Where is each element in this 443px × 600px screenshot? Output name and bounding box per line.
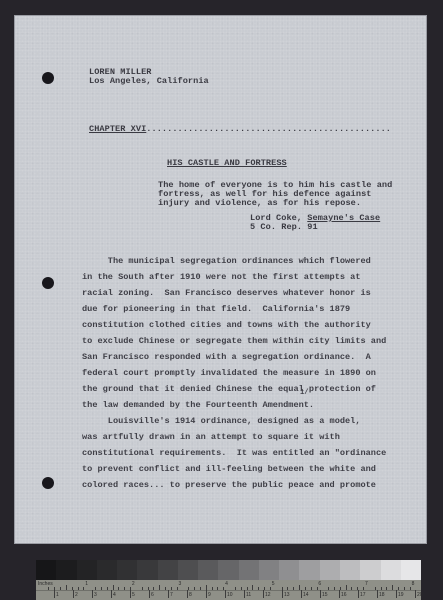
cm-label: 13: [284, 592, 290, 598]
cm-label: 16: [341, 592, 347, 598]
inch-label: 8: [412, 581, 415, 587]
body-line: the law demanded by the Fourteenth Amend…: [82, 400, 314, 410]
chapter-title: HIS CASTLE AND FORTRESS: [167, 158, 287, 168]
gray-step: [36, 560, 56, 580]
body-line: colored races... to preserve the public …: [82, 480, 376, 490]
inch-label: 7: [365, 581, 368, 587]
ruler-tick: [73, 590, 74, 598]
author-location: Los Angeles, California: [89, 76, 209, 86]
cm-label: 6: [151, 592, 154, 598]
ruler-tick: [225, 590, 226, 598]
ruler-tick: [54, 590, 55, 598]
ruler-tick: [244, 590, 245, 598]
cm-label: 2: [75, 592, 78, 598]
punch-hole-bottom-icon: [42, 477, 54, 489]
cm-label: 14: [303, 592, 309, 598]
cm-label: 18: [379, 592, 385, 598]
gray-step: [279, 560, 299, 580]
measurement-ruler: Inches 12345678 123456789101112131415161…: [36, 580, 421, 600]
gray-step: [77, 560, 97, 580]
ruler-tick: [339, 590, 340, 598]
gray-step: [56, 560, 76, 580]
chapter-label: CHAPTER XVI: [89, 124, 146, 134]
ruler-tick: [320, 590, 321, 598]
inch-label: 3: [178, 581, 181, 587]
epigraph-line: injury and violence, as for his repose.: [158, 198, 361, 208]
ruler-tick: [415, 590, 416, 598]
gray-step: [198, 560, 218, 580]
ruler-tick: [377, 590, 378, 598]
gray-step: [299, 560, 319, 580]
body-line: was artfully drawn in an attempt to squa…: [82, 432, 340, 442]
grayscale-strip: [36, 560, 421, 580]
cm-label: 8: [189, 592, 192, 598]
gray-step: [259, 560, 279, 580]
gray-step: [178, 560, 198, 580]
inch-label: 6: [318, 581, 321, 587]
ruler-tick: [358, 590, 359, 598]
chapter-leader-dots: ........................................…: [146, 124, 391, 134]
body-line: federal court promptly invalidated the m…: [82, 368, 376, 378]
gray-step: [137, 560, 157, 580]
gray-step: [97, 560, 117, 580]
body-line: in the South after 1910 were not the fir…: [82, 272, 360, 282]
inch-label: 4: [225, 581, 228, 587]
cm-label: 1: [56, 592, 59, 598]
attribution-case: Semayne's Case: [307, 213, 380, 223]
body-line: constitutional requirements. It was enti…: [82, 448, 386, 458]
body-line: Louisville's 1914 ordinance, designed as…: [82, 416, 360, 426]
gray-step: [340, 560, 360, 580]
ruler-tick: [168, 590, 169, 598]
chapter-heading: CHAPTER XVI.............................…: [89, 124, 391, 134]
ruler-tick: [206, 590, 207, 598]
cm-scale: 1234567891011121314151617181920: [36, 590, 421, 600]
cm-label: 7: [170, 592, 173, 598]
cm-label: 11: [246, 592, 251, 598]
ruler-tick: [301, 590, 302, 598]
gray-step: [239, 560, 259, 580]
cm-label: 10: [227, 592, 233, 598]
cm-label: 17: [360, 592, 366, 598]
ruler-tick: [111, 590, 112, 598]
inch-label: 1: [85, 581, 88, 587]
body-line: The municipal segregation ordinances whi…: [82, 256, 371, 266]
cm-label: 4: [113, 592, 116, 598]
cm-label: 19: [398, 592, 404, 598]
ruler-tick: [263, 590, 264, 598]
inch-label: 5: [272, 581, 275, 587]
footnote-marker: 1/: [300, 389, 308, 397]
ruler-tick: [149, 590, 150, 598]
punch-hole-middle-icon: [42, 277, 54, 289]
gray-step: [117, 560, 137, 580]
ruler-tick: [187, 590, 188, 598]
ruler-tick: [396, 590, 397, 598]
gray-step: [158, 560, 178, 580]
body-line: to prevent conflict and ill-feeling betw…: [82, 464, 376, 474]
cm-label: 3: [94, 592, 97, 598]
gray-step: [381, 560, 401, 580]
attribution-citation: 5 Co. Rep. 91: [250, 222, 318, 232]
inch-label: 2: [132, 581, 135, 587]
gray-step: [320, 560, 340, 580]
body-line: constitution clothed cities and towns wi…: [82, 320, 371, 330]
cm-label: 12: [265, 592, 271, 598]
body-line: the ground that it denied Chinese the eq…: [82, 384, 376, 394]
body-line: San Francisco responded with a segregati…: [82, 352, 371, 362]
body-line: due for pioneering in that field. Califo…: [82, 304, 350, 314]
body-line: racial zoning. San Francisco deserves wh…: [82, 288, 371, 298]
gray-step: [360, 560, 380, 580]
ruler-tick: [282, 590, 283, 598]
ruler-tick: [130, 590, 131, 598]
gray-step: [401, 560, 421, 580]
ruler-unit-label: Inches: [38, 581, 53, 587]
punch-hole-top-icon: [42, 72, 54, 84]
ruler-tick: [92, 590, 93, 598]
body-line: to exclude Chinese or segregate them wit…: [82, 336, 386, 346]
cm-label: 15: [322, 592, 328, 598]
scan-color-target: Inches 12345678 123456789101112131415161…: [36, 560, 421, 600]
cm-label: 5: [132, 592, 135, 598]
cm-label: 20: [417, 592, 423, 598]
gray-step: [218, 560, 238, 580]
cm-label: 9: [208, 592, 211, 598]
